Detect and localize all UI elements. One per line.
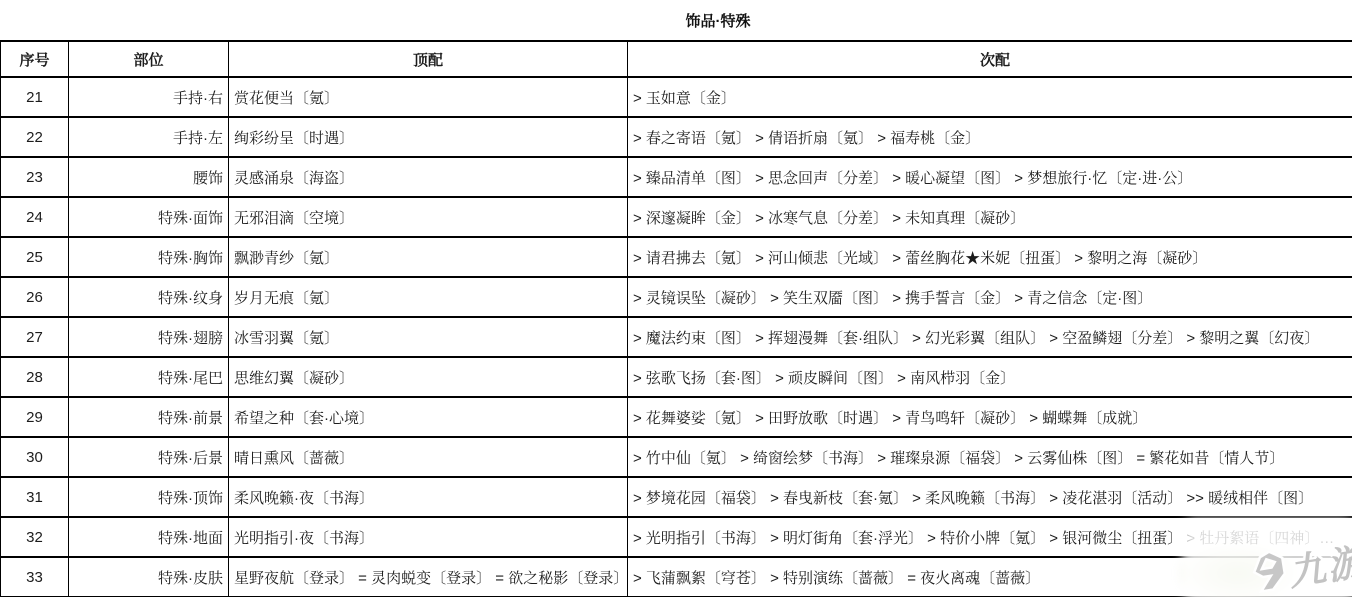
row-number: 23: [1, 157, 69, 197]
table-row: 33 特殊·皮肤 星野夜航〔登录〕 = 灵肉蜕变〔登录〕 = 欲之秘影〔登录〕 …: [1, 557, 1352, 597]
row-secondary-config: > 梦境花园〔福袋〕 > 春曳新枝〔套·氪〕 > 柔风晚籁〔书海〕 > 凌花湛羽…: [628, 477, 1352, 517]
row-top-config: 赏花便当〔氪〕: [229, 77, 628, 117]
row-secondary-config: > 请君拂去〔氪〕 > 河山倾悲〔光域〕 > 蕾丝胸花★米妮〔扭蛋〕 > 黎明之…: [628, 237, 1352, 277]
row-top-config: 柔风晚籁·夜〔书海〕: [229, 477, 628, 517]
row-top-config: 飘渺青纱〔氪〕: [229, 237, 628, 277]
row-number: 31: [1, 477, 69, 517]
row-number: 21: [1, 77, 69, 117]
row-number: 25: [1, 237, 69, 277]
row-number: 22: [1, 117, 69, 157]
row-number: 33: [1, 557, 69, 597]
row-part: 特殊·前景: [69, 397, 229, 437]
row-part: 特殊·顶饰: [69, 477, 229, 517]
table-row: 21 手持·右 赏花便当〔氪〕 > 玉如意〔金〕: [1, 77, 1352, 117]
row-number: 30: [1, 437, 69, 477]
row-top-config: 星野夜航〔登录〕 = 灵肉蜕变〔登录〕 = 欲之秘影〔登录〕: [229, 557, 628, 597]
row-part: 特殊·尾巴: [69, 357, 229, 397]
row-part: 特殊·面饰: [69, 197, 229, 237]
row-top-config: 光明指引·夜〔书海〕: [229, 517, 628, 557]
table-row: 32 特殊·地面 光明指引·夜〔书海〕 > 光明指引〔书海〕 > 明灯街角〔套·…: [1, 517, 1352, 557]
row-secondary-config: > 飞蒲飘絮〔穹苍〕 > 特别演练〔蔷薇〕 = 夜火离魂〔蔷薇〕: [628, 557, 1352, 597]
row-secondary-config: > 春之寄语〔氪〕 > 倩语折扇〔氪〕 > 福寿桃〔金〕: [628, 117, 1352, 157]
row-secondary-config: > 玉如意〔金〕: [628, 77, 1352, 117]
row-secondary-config: > 臻品清单〔图〕 > 思念回声〔分差〕 > 暖心凝望〔图〕 > 梦想旅行·忆〔…: [628, 157, 1352, 197]
row-number: 26: [1, 277, 69, 317]
row-part: 特殊·胸饰: [69, 237, 229, 277]
header-part: 部位: [69, 41, 229, 77]
row-secondary-config: > 魔法约束〔图〕 > 挥翅漫舞〔套·组队〕 > 幻光彩翼〔组队〕 > 空盈鳞翅…: [628, 317, 1352, 357]
row-part: 腰饰: [69, 157, 229, 197]
row-top-config: 灵感涌泉〔海盗〕: [229, 157, 628, 197]
table-row: 30 特殊·后景 晴日熏风〔蔷薇〕 > 竹中仙〔氪〕 > 绮窗绘梦〔书海〕 > …: [1, 437, 1352, 477]
table-row: 26 特殊·纹身 岁月无痕〔氪〕 > 灵镜误坠〔凝砂〕 > 笑生双靥〔图〕 > …: [1, 277, 1352, 317]
row-secondary-config: > 光明指引〔书海〕 > 明灯街角〔套·浮光〕 > 特价小牌〔氪〕 > 银河微尘…: [628, 517, 1352, 557]
row-top-config: 无邪泪滴〔空境〕: [229, 197, 628, 237]
row-number: 32: [1, 517, 69, 557]
header-index: 序号: [1, 41, 69, 77]
table-row: 31 特殊·顶饰 柔风晚籁·夜〔书海〕 > 梦境花园〔福袋〕 > 春曳新枝〔套·…: [1, 477, 1352, 517]
row-number: 24: [1, 197, 69, 237]
row-top-config: 岁月无痕〔氪〕: [229, 277, 628, 317]
row-part: 特殊·后景: [69, 437, 229, 477]
row-top-config: 冰雪羽翼〔氪〕: [229, 317, 628, 357]
page: 饰品·特殊 序号 部位 顶配 次配 21 手持·右 赏花便当〔氪〕 > 玉如意〔…: [0, 0, 1352, 597]
row-part: 手持·左: [69, 117, 229, 157]
row-part: 特殊·翅膀: [69, 317, 229, 357]
accessories-table: 序号 部位 顶配 次配 21 手持·右 赏花便当〔氪〕 > 玉如意〔金〕 22 …: [0, 40, 1352, 597]
table-row: 23 腰饰 灵感涌泉〔海盗〕 > 臻品清单〔图〕 > 思念回声〔分差〕 > 暖心…: [1, 157, 1352, 197]
row-part: 特殊·地面: [69, 517, 229, 557]
table-row: 22 手持·左 绚彩纷呈〔时遇〕 > 春之寄语〔氪〕 > 倩语折扇〔氪〕 > 福…: [1, 117, 1352, 157]
table-row: 24 特殊·面饰 无邪泪滴〔空境〕 > 深邃凝眸〔金〕 > 冰寒气息〔分差〕 >…: [1, 197, 1352, 237]
row-top-config: 晴日熏风〔蔷薇〕: [229, 437, 628, 477]
row-part: 特殊·皮肤: [69, 557, 229, 597]
row-number: 27: [1, 317, 69, 357]
row-number: 29: [1, 397, 69, 437]
page-title: 饰品·特殊: [686, 10, 751, 31]
table-row: 29 特殊·前景 希望之种〔套·心境〕 > 花舞婆娑〔氪〕 > 田野放歌〔时遇〕…: [1, 397, 1352, 437]
row-top-config: 希望之种〔套·心境〕: [229, 397, 628, 437]
row-part: 特殊·纹身: [69, 277, 229, 317]
table-row: 25 特殊·胸饰 飘渺青纱〔氪〕 > 请君拂去〔氪〕 > 河山倾悲〔光域〕 > …: [1, 237, 1352, 277]
header-top-config: 顶配: [229, 41, 628, 77]
row-top-config: 绚彩纷呈〔时遇〕: [229, 117, 628, 157]
table-row: 27 特殊·翅膀 冰雪羽翼〔氪〕 > 魔法约束〔图〕 > 挥翅漫舞〔套·组队〕 …: [1, 317, 1352, 357]
header-secondary-config: 次配: [628, 41, 1352, 77]
header-row: 序号 部位 顶配 次配: [1, 41, 1352, 77]
row-secondary-config: > 弦歌飞扬〔套·图〕 > 顽皮瞬间〔图〕 > 南风栉羽〔金〕: [628, 357, 1352, 397]
row-top-config: 思维幻翼〔凝砂〕: [229, 357, 628, 397]
row-number: 28: [1, 357, 69, 397]
row-part: 手持·右: [69, 77, 229, 117]
row-secondary-config: > 花舞婆娑〔氪〕 > 田野放歌〔时遇〕 > 青鸟鸣轩〔凝砂〕 > 蝴蝶舞〔成就…: [628, 397, 1352, 437]
table-row: 28 特殊·尾巴 思维幻翼〔凝砂〕 > 弦歌飞扬〔套·图〕 > 顽皮瞬间〔图〕 …: [1, 357, 1352, 397]
row-secondary-config: > 竹中仙〔氪〕 > 绮窗绘梦〔书海〕 > 璀璨泉源〔福袋〕 > 云雾仙株〔图〕…: [628, 437, 1352, 477]
row-secondary-config: > 灵镜误坠〔凝砂〕 > 笑生双靥〔图〕 > 携手誓言〔金〕 > 青之信念〔定·…: [628, 277, 1352, 317]
row-secondary-config: > 深邃凝眸〔金〕 > 冰寒气息〔分差〕 > 未知真理〔凝砂〕: [628, 197, 1352, 237]
